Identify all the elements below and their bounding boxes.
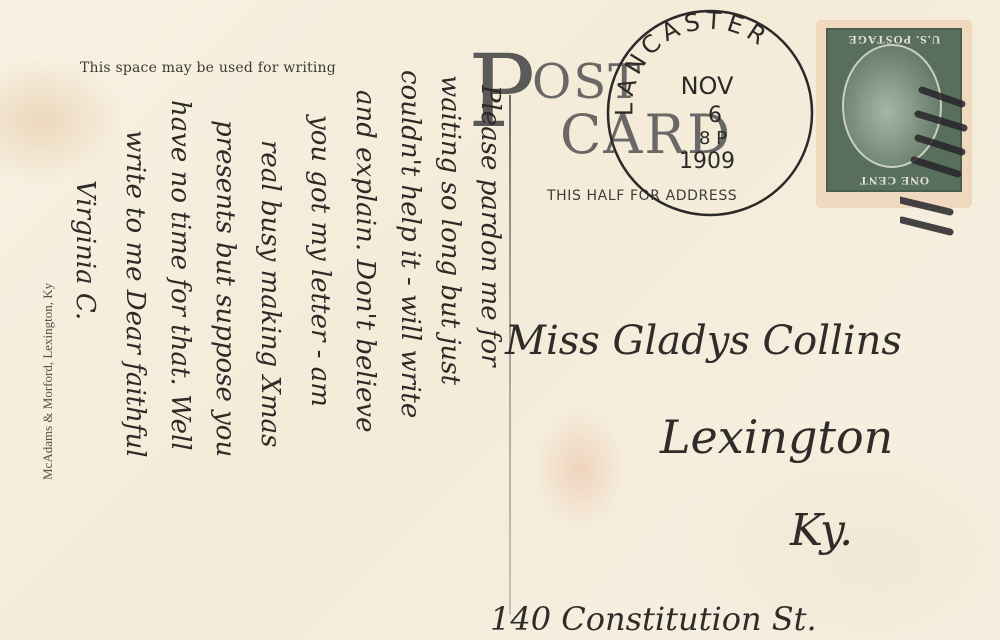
recipient-city: Lexington [660,410,893,464]
message-line: waiting so long but just [435,75,465,385]
publisher-imprint: McAdams & Morford, Lexington, Ky [40,283,56,480]
recipient-name: Miss Gladys Collins [505,318,902,364]
message-line: Virginia C. [70,180,100,320]
message-line: you got my letter - am [305,115,335,407]
svg-text:8 P: 8 P [699,128,727,149]
stamp-country-label: U.S. POSTAGE [828,32,960,47]
postmark-circle-icon: LANCASTER NOV 6 8 P 1909 [603,6,817,220]
message-line: have no time for that. Well [165,100,195,451]
message-line: real busy making Xmas [255,140,285,447]
cancellation-bars-icon [900,70,980,250]
message-line: presents but suppose you [210,120,240,457]
svg-text:NOV: NOV [681,72,734,100]
writing-space-note: This space may be used for writing [80,60,336,76]
recipient-street: 140 Constitution St. [490,600,817,638]
message-line: write to me Dear faithful [120,130,150,458]
message-line: couldn't help it - will write [395,70,425,418]
postcard-back: This space may be used for writing McAda… [0,0,1000,640]
recipient-state: Ky. [790,505,853,556]
message-line: and explain. Don't believe [350,90,380,432]
svg-text:1909: 1909 [679,149,735,174]
svg-text:6: 6 [708,103,722,128]
postmark-stamp: LANCASTER NOV 6 8 P 1909 [603,6,817,220]
message-line: Please pardon me for [475,85,505,367]
